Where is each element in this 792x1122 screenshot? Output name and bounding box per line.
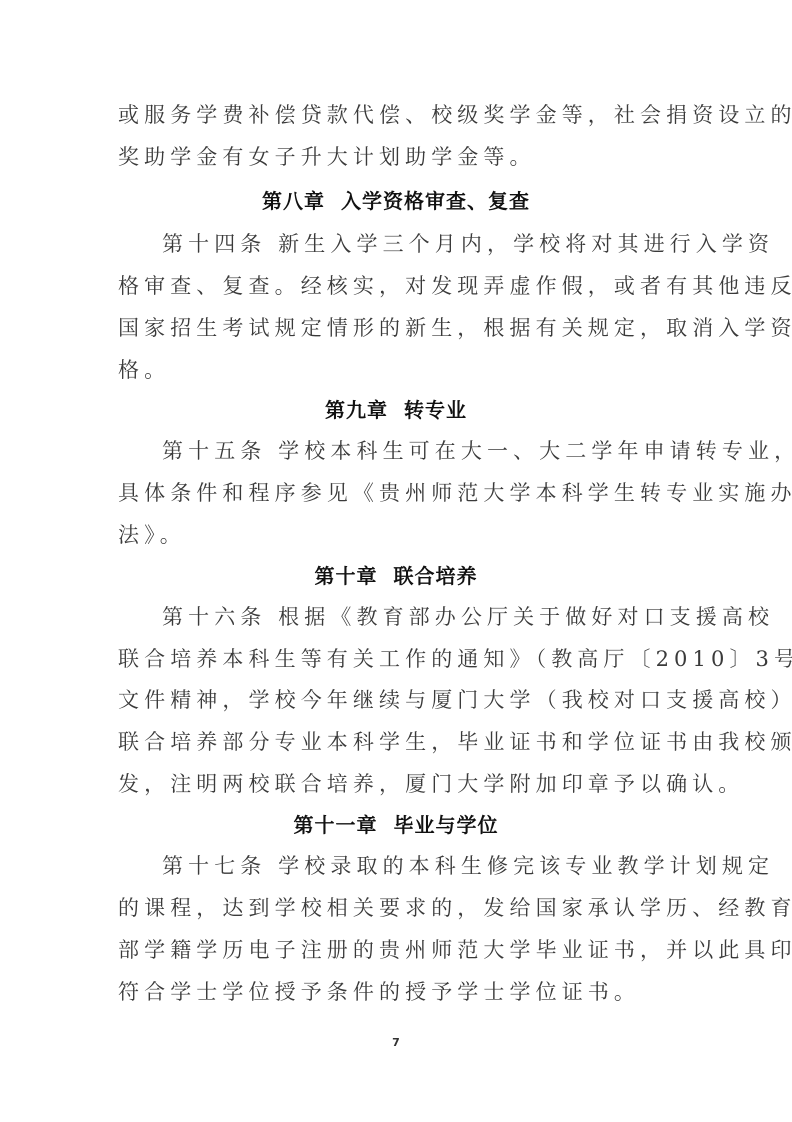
paragraph-line: 联合培养部分专业本科学生，毕业证书和学位证书由我校颁 [118,728,678,756]
paragraph-line: 具体条件和程序参见《贵州师范大学本科学生转专业实施办 [118,479,678,507]
paragraph-line: 符合学士学位授予条件的授予学士学位证书。 [118,978,678,1006]
paragraph-line: 发，注明两校联合培养，厦门大学附加印章予以确认。 [118,770,678,798]
article-line: 第十四条 新生入学三个月内，学校将对其进行入学资 [162,230,722,258]
chapter-heading: 第十一章 毕业与学位 [0,811,792,839]
page-number: 7 [0,1036,792,1049]
article-line: 第十六条 根据《教育部办公厅关于做好对口支援高校 [162,603,722,631]
paragraph-line: 格。 [118,356,678,384]
chapter-heading: 第九章 转专业 [0,396,792,424]
paragraph-line: 国家招生考试规定情形的新生，根据有关规定，取消入学资 [118,314,678,342]
document-page: 或服务学费补偿贷款代偿、校级奖学金等，社会捐资设立的 奖助学金有女子升大计划助学… [0,0,792,1122]
paragraph-line: 或服务学费补偿贷款代偿、校级奖学金等，社会捐资设立的 [118,101,678,129]
chapter-heading: 第十章 联合培养 [0,562,792,590]
article-line: 第十五条 学校本科生可在大一、大二学年申请转专业， [162,437,722,465]
paragraph-line: 法》。 [118,521,678,549]
paragraph-line: 奖助学金有女子升大计划助学金等。 [118,143,678,171]
article-line: 第十七条 学校录取的本科生修完该专业教学计划规定 [162,852,722,880]
paragraph-line: 文件精神，学校今年继续与厦门大学（我校对口支援高校） [118,686,678,714]
paragraph-line: 部学籍学历电子注册的贵州师范大学毕业证书，并以此具印， [118,936,678,964]
paragraph-line: 的课程，达到学校相关要求的，发给国家承认学历、经教育 [118,894,678,922]
chapter-heading: 第八章 入学资格审查、复查 [0,187,792,215]
paragraph-line: 联合培养本科生等有关工作的通知》（教高厅〔2010〕3号） [118,645,678,673]
paragraph-line: 格审查、复查。经核实，对发现弄虚作假，或者有其他违反 [118,272,678,300]
